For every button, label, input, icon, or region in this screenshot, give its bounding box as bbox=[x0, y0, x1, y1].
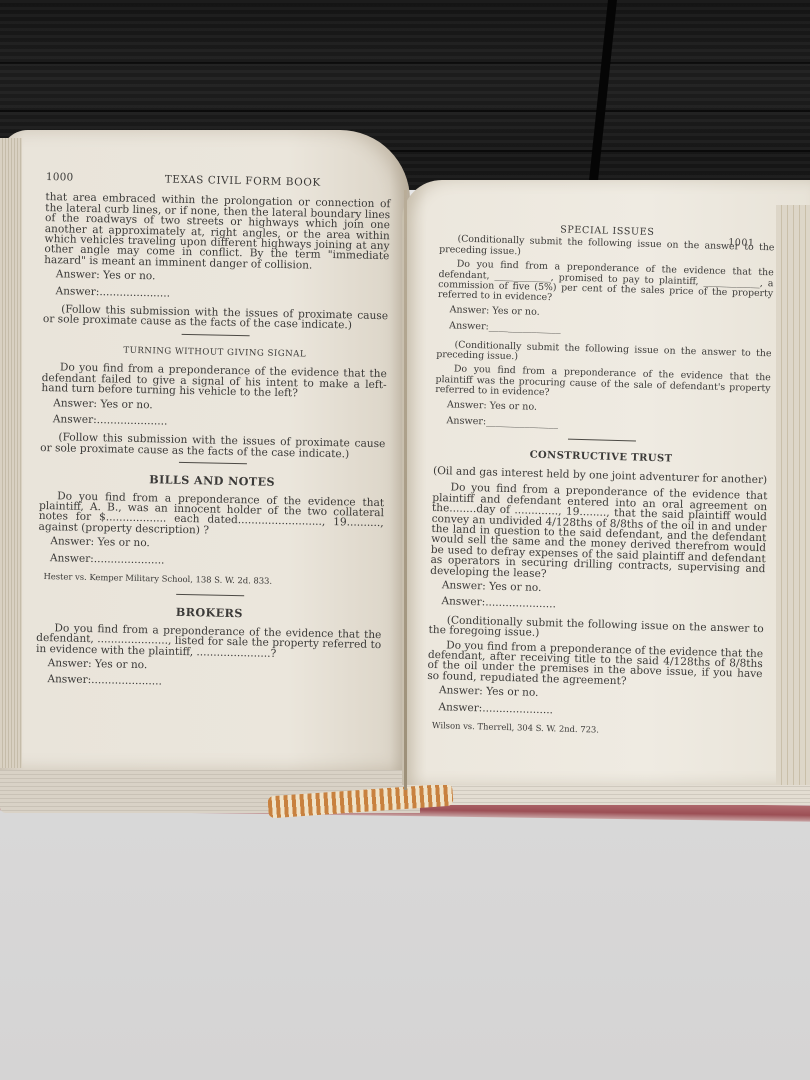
answer-instruction: Answer: Yes or no. bbox=[56, 269, 389, 286]
answer-blank: Answer:..................... bbox=[53, 414, 386, 431]
section-heading-turning: TURNING WITHOUT GIVING SIGNAL bbox=[42, 344, 387, 362]
wall-plank-line bbox=[0, 62, 810, 64]
answer-instruction: Answer: Yes or no. bbox=[50, 536, 383, 553]
section-divider bbox=[567, 438, 635, 441]
wall-seam bbox=[588, 0, 617, 190]
section-divider bbox=[181, 334, 249, 336]
left-page-text: 1000 TEXAS CIVIL FORM BOOK that area emb… bbox=[35, 172, 391, 700]
case-citation: Wilson vs. Therrell, 304 S. W. 2nd. 723. bbox=[432, 720, 761, 740]
section-divider bbox=[176, 594, 244, 596]
answer-blank: Answer:_______________ bbox=[446, 416, 769, 435]
answer-blank: Answer:_______________ bbox=[449, 322, 772, 341]
bills-question: Do you find from a preponderance of the … bbox=[38, 490, 384, 539]
left-page-stack bbox=[0, 138, 22, 768]
turning-question: Do you find from a preponderance of the … bbox=[41, 362, 387, 400]
section-heading-bills: BILLS AND NOTES bbox=[39, 472, 384, 490]
section-heading-trust: CONSTRUCTIVE TRUST bbox=[433, 447, 768, 467]
answer-instruction: Answer: Yes or no. bbox=[48, 658, 381, 675]
answer-blank: Answer:..................... bbox=[55, 286, 388, 303]
procuring-question: Do you find from a preponderance of the … bbox=[435, 364, 771, 405]
answer-instruction: Answer: Yes or no. bbox=[53, 398, 386, 415]
book-title: TEXAS CIVIL FORM BOOK bbox=[165, 174, 321, 188]
answer-blank: Answer:..................... bbox=[50, 553, 383, 570]
book-gutter bbox=[404, 190, 407, 790]
section-title: SPECIAL ISSUES bbox=[560, 224, 655, 238]
answer-blank: Answer:..................... bbox=[47, 675, 380, 692]
right-page-stack bbox=[776, 205, 810, 785]
continuation-paragraph: that area embraced within the prolongati… bbox=[44, 192, 390, 272]
page-number: 1000 bbox=[46, 172, 74, 183]
section-heading-brokers: BROKERS bbox=[37, 604, 382, 622]
repudiation-question: Do you find from a preponderance of the … bbox=[427, 639, 763, 690]
section-divider bbox=[178, 462, 246, 464]
answer-blank: Answer:..................... bbox=[438, 702, 761, 721]
brokers-question: Do you find from a preponderance of the … bbox=[36, 623, 382, 661]
commission-question: Do you find from a preponderance of the … bbox=[438, 259, 774, 310]
follow-note: (Follow this submission with the issues … bbox=[40, 432, 385, 460]
case-citation: Hester vs. Kemper Military School, 138 S… bbox=[43, 571, 382, 589]
wall-plank-line bbox=[0, 110, 810, 112]
answer-blank: Answer:..................... bbox=[441, 597, 764, 616]
right-page-text: SPECIAL ISSUES 1001 (Conditionally submi… bbox=[426, 222, 775, 750]
trust-question: Do you find from a preponderance of the … bbox=[430, 482, 767, 585]
follow-note: (Follow this submission with the issues … bbox=[43, 304, 388, 332]
page-number: 1001 bbox=[728, 238, 755, 249]
